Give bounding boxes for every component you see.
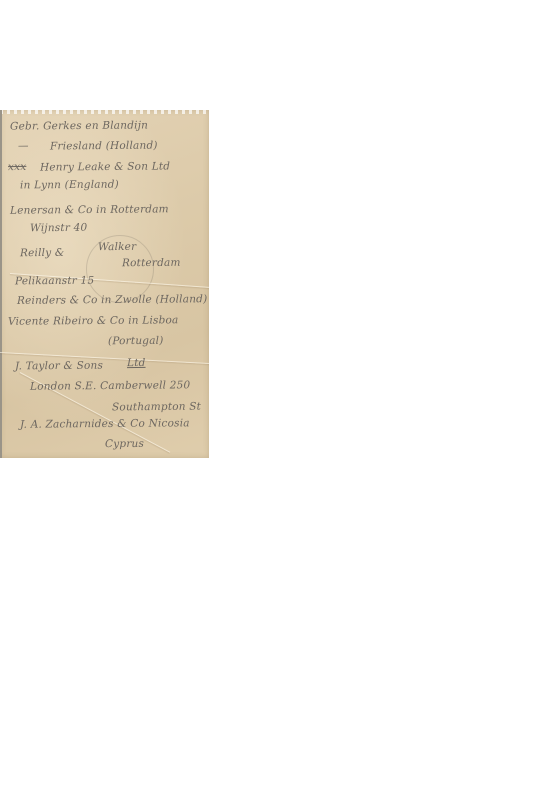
note-line: Cyprus (105, 438, 144, 450)
note-line: in Lynn (England) (20, 179, 119, 192)
note-line: Wijnstr 40 (30, 222, 87, 234)
note-line: Ltd (127, 357, 146, 369)
note-line-dash: — (18, 140, 29, 152)
note-line: J. A. Zacharnides & Co Nicosia (20, 417, 190, 430)
note-line: (Portugal) (108, 335, 164, 347)
struck-out-text: xxx (8, 161, 26, 173)
note-line: Vicente Ribeiro & Co in Lisboa (8, 314, 179, 327)
note-line: Lenersan & Co in Rotterdam (10, 203, 169, 216)
handwritten-note-paper: Gebr. Gerkes en Blandijn — Friesland (Ho… (0, 110, 209, 458)
note-line: J. Taylor & Sons (15, 360, 103, 373)
note-line: Gebr. Gerkes en Blandijn (10, 119, 148, 132)
note-line: Rotterdam (122, 257, 181, 270)
note-line: Walker (98, 241, 136, 253)
page: Gebr. Gerkes en Blandijn — Friesland (Ho… (0, 0, 549, 800)
note-line: London S.E. Camberwell 250 (30, 379, 191, 392)
note-line: Reilly & (20, 247, 65, 259)
paper-edge-shadow (0, 110, 2, 458)
note-line: Henry Leake & Son Ltd (40, 160, 170, 173)
note-line: Friesland (Holland) (50, 140, 158, 153)
note-line: Southampton St (112, 401, 201, 414)
note-line: Pelikaanstr 15 (15, 275, 94, 288)
torn-edge (0, 110, 209, 114)
note-line: Reinders & Co in Zwolle (Holland) (17, 293, 207, 307)
